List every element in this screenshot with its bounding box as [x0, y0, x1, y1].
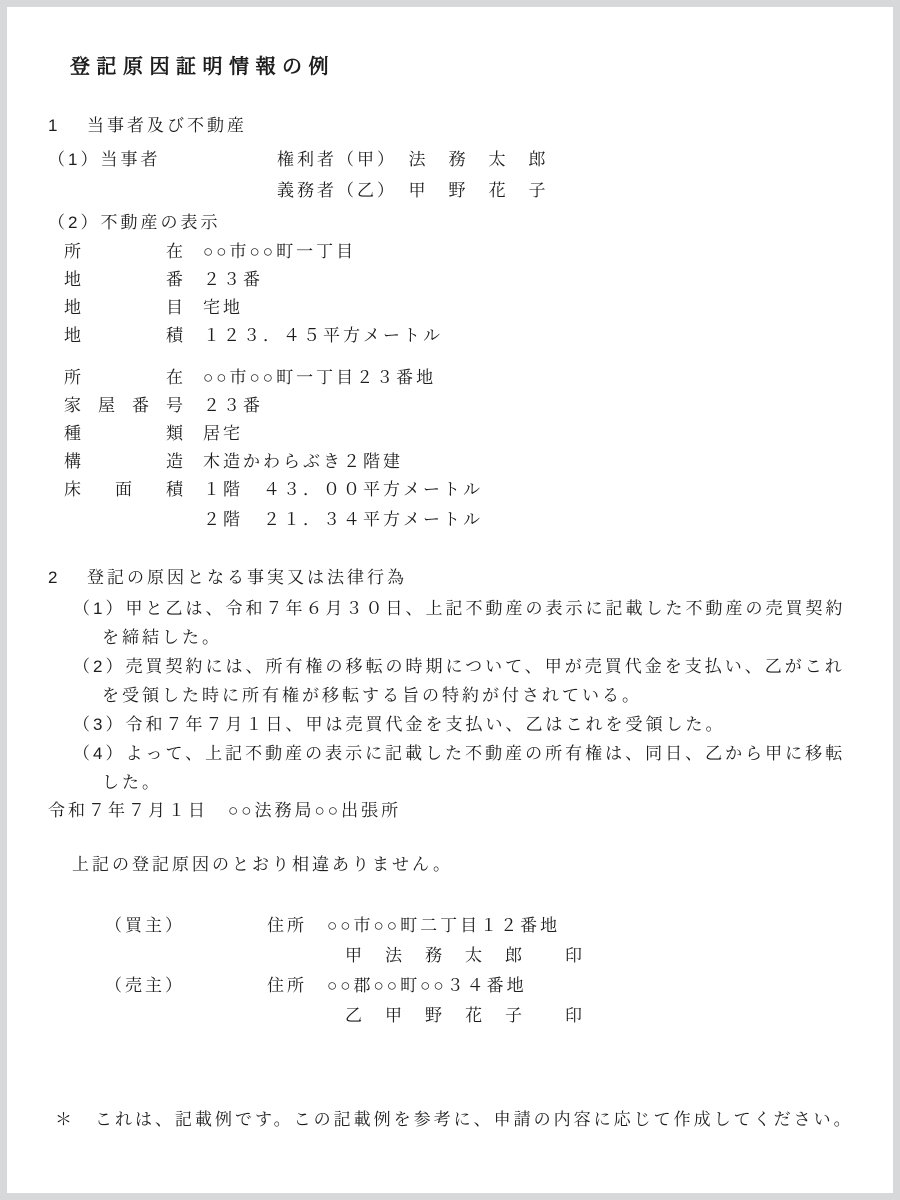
property-value: 木造かわらぶき２階建 — [203, 448, 403, 476]
parties-row-1: （1）当事者 権利者（甲） 法 務 太 郎 — [48, 146, 852, 174]
building-row: 所在 ○○市○○町一丁目２３番地 — [48, 364, 852, 392]
cause-item-line: した。 — [48, 768, 852, 797]
building-floor2-row: ２階 ２１．３４平方メートル — [48, 506, 852, 534]
date-office-line: 令和７年７月１日 ○○法務局○○出張所 — [48, 797, 852, 825]
property-label: 種類 — [64, 420, 186, 448]
section1-heading-text: 当事者及び不動産 — [87, 116, 247, 135]
building-row: 家屋番号 ２３番 — [48, 392, 852, 420]
property-value: １階 ４３．００平方メートル — [203, 476, 483, 504]
cause-item-line: を締結した。 — [48, 623, 852, 652]
building-floor2-value: ２階 ２１．３４平方メートル — [203, 506, 483, 534]
land-row: 地番 ２３番 — [48, 266, 852, 294]
property-label: 床面積 — [64, 476, 186, 504]
signature-role: （売主） — [105, 976, 185, 995]
cause-item-line: （4）よって、上記不動産の表示に記載した不動産の所有権は、同日、乙から甲に移転 — [48, 739, 852, 768]
cause-item-line: （3）令和７年７月１日、甲は売買代金を支払い、乙はこれを受領した。 — [48, 710, 852, 739]
property-label: 構造 — [64, 448, 186, 476]
document-page: 登記原因証明情報の例 1当事者及び不動産 （1）当事者 権利者（甲） 法 務 太… — [7, 7, 893, 1193]
signature-name-with-seal: 甲 法 務 太 郎 印 — [345, 941, 585, 971]
property-section-label: （2）不動産の表示 — [48, 209, 852, 237]
section2-heading-text: 登記の原因となる事実又は法律行為 — [87, 568, 407, 587]
parties-label: （1）当事者 — [48, 150, 160, 169]
cause-item-line: を受領した時に所有権が移転する旨の特約が付されている。 — [48, 681, 852, 710]
footnote-marker: ＊ — [55, 1110, 75, 1129]
property-value: 宅地 — [203, 294, 243, 322]
building-row: 床面積 １階 ４３．００平方メートル — [48, 476, 852, 504]
attestation-line: 上記の登記原因のとおり相違ありません。 — [48, 851, 852, 879]
footnote-text: これは、記載例です。この記載例を参考に、申請の内容に応じて作成してください。 — [95, 1106, 854, 1134]
property-value: ○○市○○町一丁目２３番地 — [203, 364, 436, 392]
property-value: ２３番 — [203, 266, 263, 294]
cause-item-line: （1）甲と乙は、令和７年６月３０日、上記不動産の表示に記載した不動産の売買契約 — [48, 594, 852, 623]
signature-name-with-seal: 乙 甲 野 花 子 印 — [345, 1001, 585, 1031]
party-holder-text: 権利者（甲） 法 務 太 郎 — [277, 146, 549, 174]
property-label: 地番 — [64, 266, 186, 294]
land-row: 所在 ○○市○○町一丁目 — [48, 238, 852, 266]
property-value: ２３番 — [203, 392, 263, 420]
property-label: 家屋番号 — [64, 392, 186, 420]
seller-address-row: （売主） 住所 ○○郡○○町○○３４番地 — [48, 971, 852, 1001]
land-row: 地積 １２３．４５平方メートル — [48, 322, 852, 350]
section1-heading: 1当事者及び不動産 — [48, 112, 852, 140]
section2-heading: 2登記の原因となる事実又は法律行為 — [48, 564, 852, 592]
document-title: 登記原因証明情報の例 — [70, 54, 852, 80]
property-label: 所在 — [64, 238, 186, 266]
property-value: １２３．４５平方メートル — [203, 322, 443, 350]
attestation-text: 上記の登記原因のとおり相違ありません。 — [72, 855, 453, 874]
property-value: 居宅 — [203, 420, 243, 448]
property-label: 地目 — [64, 294, 186, 322]
section1-number: 1 — [48, 112, 87, 140]
property-label: 所在 — [64, 364, 186, 392]
buyer-name-row: 甲 法 務 太 郎 印 — [48, 941, 852, 971]
signature-address: 住所 ○○郡○○町○○３４番地 — [267, 971, 527, 1001]
section2-number: 2 — [48, 564, 87, 592]
signature-role: （買主） — [105, 916, 185, 935]
building-row: 構造 木造かわらぶき２階建 — [48, 448, 852, 476]
party-obligor-text: 義務者（乙） 甲 野 花 子 — [277, 177, 549, 205]
footnote: ＊ これは、記載例です。この記載例を参考に、申請の内容に応じて作成してください。 — [48, 1106, 852, 1134]
signature-address: 住所 ○○市○○町二丁目１２番地 — [267, 911, 560, 941]
parties-row-2: 義務者（乙） 甲 野 花 子 — [48, 177, 852, 205]
seller-name-row: 乙 甲 野 花 子 印 — [48, 1001, 852, 1031]
building-row: 種類 居宅 — [48, 420, 852, 448]
cause-item-line: （2）売買契約には、所有権の移転の時期について、甲が売買代金を支払い、乙がこれ — [48, 652, 852, 681]
land-row: 地目 宅地 — [48, 294, 852, 322]
buyer-address-row: （買主） 住所 ○○市○○町二丁目１２番地 — [48, 911, 852, 941]
property-label: 地積 — [64, 322, 186, 350]
property-value: ○○市○○町一丁目 — [203, 238, 356, 266]
